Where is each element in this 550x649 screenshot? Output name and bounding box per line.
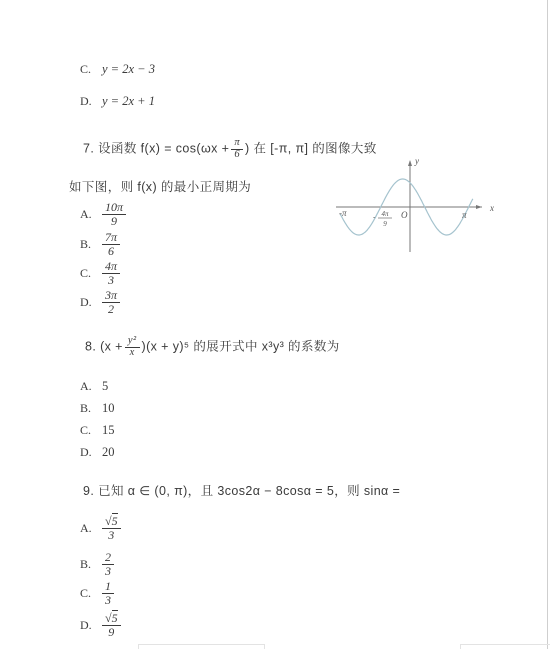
option-formula: y = 2x − 3 (102, 62, 155, 77)
q7-option-d: D. 3π2 (80, 289, 120, 316)
q6-option-d: D. y = 2x + 1 (80, 94, 155, 109)
q9-option-d: D. √59 (80, 612, 121, 639)
q8-text-post: )(x + y)⁵ 的展开式中 x³y³ 的系数为 (142, 339, 340, 353)
q9-option-b: B. 23 (80, 551, 114, 578)
q9-stem: 9. 已知 α ∈ (0, π)，且 3cos2α − 8cosα = 5，则 … (83, 481, 400, 499)
option-letter: C. (80, 62, 102, 77)
y-axis-label: y (414, 156, 419, 166)
q8-stem: 8. (x +y²x)(x + y)⁵ 的展开式中 x³y³ 的系数为 (85, 336, 340, 358)
q9-option-c: C. 13 (80, 580, 114, 607)
fraction-value: 10π9 (102, 201, 126, 228)
page-right-border (547, 0, 548, 649)
option-letter: C. (80, 266, 102, 281)
q7-inline-fraction: π6 (231, 138, 243, 160)
fraction-value: 23 (102, 551, 114, 578)
option-letter: C. (80, 586, 102, 601)
option-value: 10 (102, 401, 115, 416)
radical-icon: √ (105, 514, 112, 528)
option-letter: A. (80, 207, 102, 222)
option-value: 20 (102, 445, 115, 460)
option-letter: B. (80, 401, 102, 416)
fraction-value: 13 (102, 580, 114, 607)
exam-page: C. y = 2x − 3 D. y = 2x + 1 7. 设函数 f(x) … (0, 0, 550, 649)
option-letter: D. (80, 295, 102, 310)
q7-option-a: A. 10π9 (80, 201, 126, 228)
option-letter: A. (80, 379, 102, 394)
zero-crossing-num: 4π (381, 210, 389, 218)
fraction-value: √59 (102, 612, 121, 639)
fraction-value: 3π2 (102, 289, 120, 316)
q7-stem-line2: 如下图，则 f(x) 的最小正周期为 (69, 177, 251, 195)
bottom-frame-line-left (138, 644, 265, 645)
x-axis-arrow-icon (476, 205, 482, 209)
y-axis-arrow-icon (408, 160, 412, 166)
option-value: 15 (102, 423, 115, 438)
q8-option-b: B. 10 (80, 401, 115, 416)
pi-label: π (462, 210, 467, 220)
bottom-frame-tick (460, 644, 461, 649)
x-axis-label: x (489, 203, 494, 213)
q8-option-d: D. 20 (80, 445, 115, 460)
option-formula: y = 2x + 1 (102, 94, 155, 109)
q8-option-a: A. 5 (80, 379, 108, 394)
bottom-frame-tick (264, 644, 265, 649)
bottom-frame-line-right (460, 644, 550, 645)
option-value: 5 (102, 379, 108, 394)
q7-function-graph: y x O -π π - 4π 9 (333, 150, 503, 260)
zero-crossing-den: 9 (383, 220, 387, 228)
q8-text-pre: 8. (x + (85, 339, 123, 353)
bottom-frame-tick (138, 644, 139, 649)
q6-option-c: C. y = 2x − 3 (80, 62, 155, 77)
q7-option-b: B. 7π6 (80, 231, 120, 258)
option-letter: B. (80, 557, 102, 572)
option-letter: D. (80, 618, 102, 633)
fraction-value: 7π6 (102, 231, 120, 258)
q8-inline-fraction: y²x (125, 336, 140, 358)
fraction-value: √53 (102, 515, 121, 542)
q9-option-a: A. √53 (80, 515, 121, 542)
radical-icon: √ (105, 611, 112, 625)
option-letter: D. (80, 445, 102, 460)
origin-label: O (401, 210, 408, 220)
q8-option-c: C. 15 (80, 423, 115, 438)
option-letter: B. (80, 237, 102, 252)
q7-text-pre: 7. 设函数 f(x) = cos(ωx + (83, 141, 229, 155)
option-letter: C. (80, 423, 102, 438)
fraction-value: 4π3 (102, 260, 120, 287)
q7-option-c: C. 4π3 (80, 260, 120, 287)
minus-pi-label: -π (339, 208, 347, 218)
option-letter: D. (80, 94, 102, 109)
option-letter: A. (80, 521, 102, 536)
